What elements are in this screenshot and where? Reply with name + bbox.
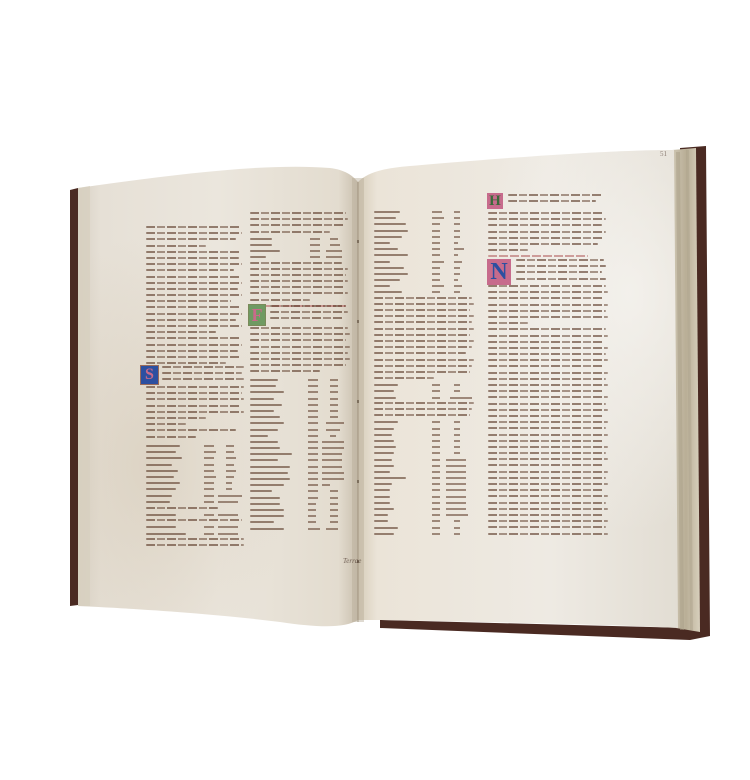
left-page-column-1 <box>146 226 242 368</box>
folio-number: 51 <box>660 150 667 158</box>
left-page-column-2 <box>250 212 348 311</box>
left-page-table-2 <box>250 378 350 533</box>
right-page-column-1 <box>374 210 474 538</box>
left-page-table-1 <box>146 386 244 442</box>
illuminated-initial-s: S <box>140 365 159 385</box>
illuminated-initial-n: N <box>487 259 511 285</box>
left-cover-edge <box>70 188 78 606</box>
illuminated-initial-h: H <box>487 193 503 209</box>
right-page-column-2 <box>488 212 606 262</box>
illuminated-initial-f: F <box>248 304 266 326</box>
catchword: Terrae <box>343 557 361 565</box>
manuscript-photo: S F <box>0 0 750 780</box>
